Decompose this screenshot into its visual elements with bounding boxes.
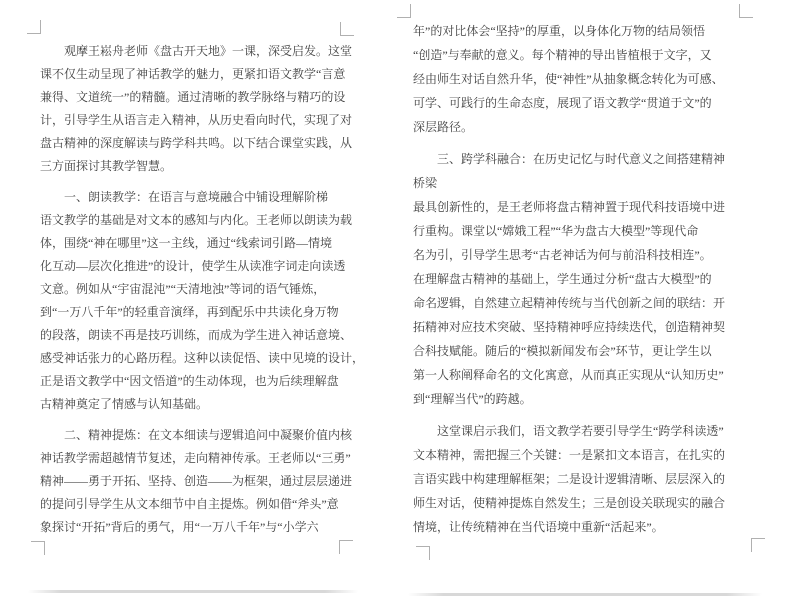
- text-line: 名为引，引导学生思考“古老神话为何与前沿科技相连”。: [413, 243, 745, 267]
- text-line: 一、朗读教学：在语言与意境融合中铺设理解阶梯: [40, 186, 344, 209]
- text-line: 文本精神，需把握三个关键：一是紧扣文本语言，在扎实的: [413, 443, 745, 467]
- text-line: 神话教学需超越情节复述，走向精神传承。王老师以“三勇”: [40, 447, 344, 470]
- text-line: “创造”与奉献的意义。每个精神的导出皆植根于文字，又: [413, 43, 745, 67]
- paragraph-block: 观摩王崧舟老师《盘古开天地》一课，深受启发。这堂课不仅生动呈现了神话教学的魅力，…: [40, 40, 344, 178]
- crop-mark-bottom-right-icon: [751, 538, 765, 552]
- text-line: 命名逻辑，自然建立起精神传统与当代创新之间的联结：开: [413, 291, 745, 315]
- text-line: 正是语文教学中“因文悟道”的生动体现，也为后续理解盘: [40, 370, 344, 393]
- text-line: 三方面探讨其教学智慧。: [40, 155, 344, 178]
- text-line: 的段落，朗读不再是技巧训练，而成为学生进入神话意境、: [40, 324, 344, 347]
- text-line: 文意。例如从“宇宙混沌”“天清地浊”等词的语气锤炼，: [40, 278, 344, 301]
- text-line: 三、跨学科融合：在历史记忆与时代意义之间搭建精神: [413, 147, 745, 171]
- text-line: 经由师生对话自然升华，使“神性”从抽象概念转化为可感、: [413, 67, 745, 91]
- text-line: 第一人称阐释命名的文化寓意，从而真正实现从“认知历史”: [413, 363, 745, 387]
- crop-mark-top-left-icon: [397, 4, 411, 18]
- text-line: 体，围绕“神在哪里”这一主线，通过“线索词引路—情境: [40, 232, 344, 255]
- text-line: 精神——勇于开拓、坚持、创造——为框架，通过层层递进: [40, 470, 344, 493]
- page-bottom-edge-shadow: [28, 590, 358, 593]
- text-line: 化互动—层次化推进”的设计，使学生从读准字词走向读透: [40, 255, 344, 278]
- paragraph-block: 二、精神提炼：在文本细读与逻辑追问中凝聚价值内核神话教学需超越情节复述，走向精神…: [40, 424, 344, 539]
- text-line: 合科技赋能。随后的“模拟新闻发布会”环节，更让学生以: [413, 339, 745, 363]
- text-line: 在理解盘古精神的基础上，学生通过分析“盘古大模型”的: [413, 267, 745, 291]
- text-line: 可学、可践行的生命态度，展现了语文教学“贯道于文”的: [413, 91, 745, 115]
- crop-mark-bottom-right-icon: [339, 540, 353, 554]
- text-line: 计，引导学生从语言走入精神，从历史看向时代，实现了对: [40, 109, 344, 132]
- text-line: 二、精神提炼：在文本细读与逻辑追问中凝聚价值内核: [40, 424, 344, 447]
- document-page-spread: 观摩王崧舟老师《盘古开天地》一课，深受启发。这堂课不仅生动呈现了神话教学的魅力，…: [0, 0, 800, 600]
- crop-mark-bottom-left-icon: [31, 541, 45, 555]
- text-line: 盘古精神的深度解读与跨学科共鸣。以下结合课堂实践，从: [40, 132, 344, 155]
- crop-mark-bottom-left-icon: [416, 546, 430, 560]
- page-bottom-edge-shadow: [408, 593, 762, 596]
- text-line: 情境，让传统精神在当代语境中重新“活起来”。: [413, 515, 745, 539]
- text-line: 最具创新性的，是王老师将盘古精神置于现代科技语境中进: [413, 195, 745, 219]
- text-line: 到“一万八千年”的轻重音演绎，再到配乐中共读化身万物: [40, 301, 344, 324]
- text-line: 这堂课启示我们，语文教学若要引导学生“跨学科读透”: [413, 419, 745, 443]
- text-line: 深层路径。: [413, 115, 745, 139]
- text-line: 古精神奠定了情感与认知基础。: [40, 393, 344, 416]
- page-left-text: 观摩王崧舟老师《盘古开天地》一课，深受启发。这堂课不仅生动呈现了神话教学的魅力，…: [40, 40, 344, 539]
- text-line: 行重构。课堂以“嫦娥工程”“华为盘古大模型”等现代命: [413, 219, 745, 243]
- text-line: 言语实践中构建理解框架；二是设计逻辑清晰、层层深入的: [413, 467, 745, 491]
- text-line: 兼得、文道统一”的精髓。通过清晰的教学脉络与精巧的设: [40, 86, 344, 109]
- text-line: 年”的对比体会“坚持”的厚重，以身体化万物的结局领悟: [413, 19, 745, 43]
- paragraph-block: 三、跨学科融合：在历史记忆与时代意义之间搭建精神桥梁最具创新性的，是王老师将盘古…: [413, 147, 745, 411]
- text-line: 的提问引导学生从文本细节中自主提炼。例如借“斧头”意: [40, 493, 344, 516]
- crop-mark-top-left-icon: [27, 20, 41, 34]
- crop-mark-top-right-icon: [739, 4, 753, 18]
- crop-mark-top-right-icon: [340, 22, 354, 36]
- text-line: 象探讨“开拓”背后的勇气，用“一万八千年”与“小学六: [40, 516, 344, 539]
- text-line: 拓精神对应技术突破、坚持精神呼应持续迭代，创造精神契: [413, 315, 745, 339]
- paragraph-block: 这堂课启示我们，语文教学若要引导学生“跨学科读透”文本精神，需把握三个关键：一是…: [413, 419, 745, 539]
- text-line: 桥梁: [413, 171, 745, 195]
- page-right-text: 年”的对比体会“坚持”的厚重，以身体化万物的结局领悟“创造”与奉献的意义。每个精…: [413, 19, 745, 539]
- paragraph-block: 年”的对比体会“坚持”的厚重，以身体化万物的结局领悟“创造”与奉献的意义。每个精…: [413, 19, 745, 139]
- text-line: 课不仅生动呈现了神话教学的魅力，更紧扣语文教学“言意: [40, 63, 344, 86]
- text-line: 语文教学的基础是对文本的感知与内化。王老师以朗读为载: [40, 209, 344, 232]
- text-line: 感受神话张力的心路历程。这种以读促悟、读中见境的设计，: [40, 347, 344, 370]
- paragraph-block: 一、朗读教学：在语言与意境融合中铺设理解阶梯语文教学的基础是对文本的感知与内化。…: [40, 186, 344, 416]
- text-line: 到“理解当代”的跨越。: [413, 387, 745, 411]
- text-line: 师生对话，使精神提炼自然发生；三是创设关联现实的融合: [413, 491, 745, 515]
- text-line: 观摩王崧舟老师《盘古开天地》一课，深受启发。这堂: [40, 40, 344, 63]
